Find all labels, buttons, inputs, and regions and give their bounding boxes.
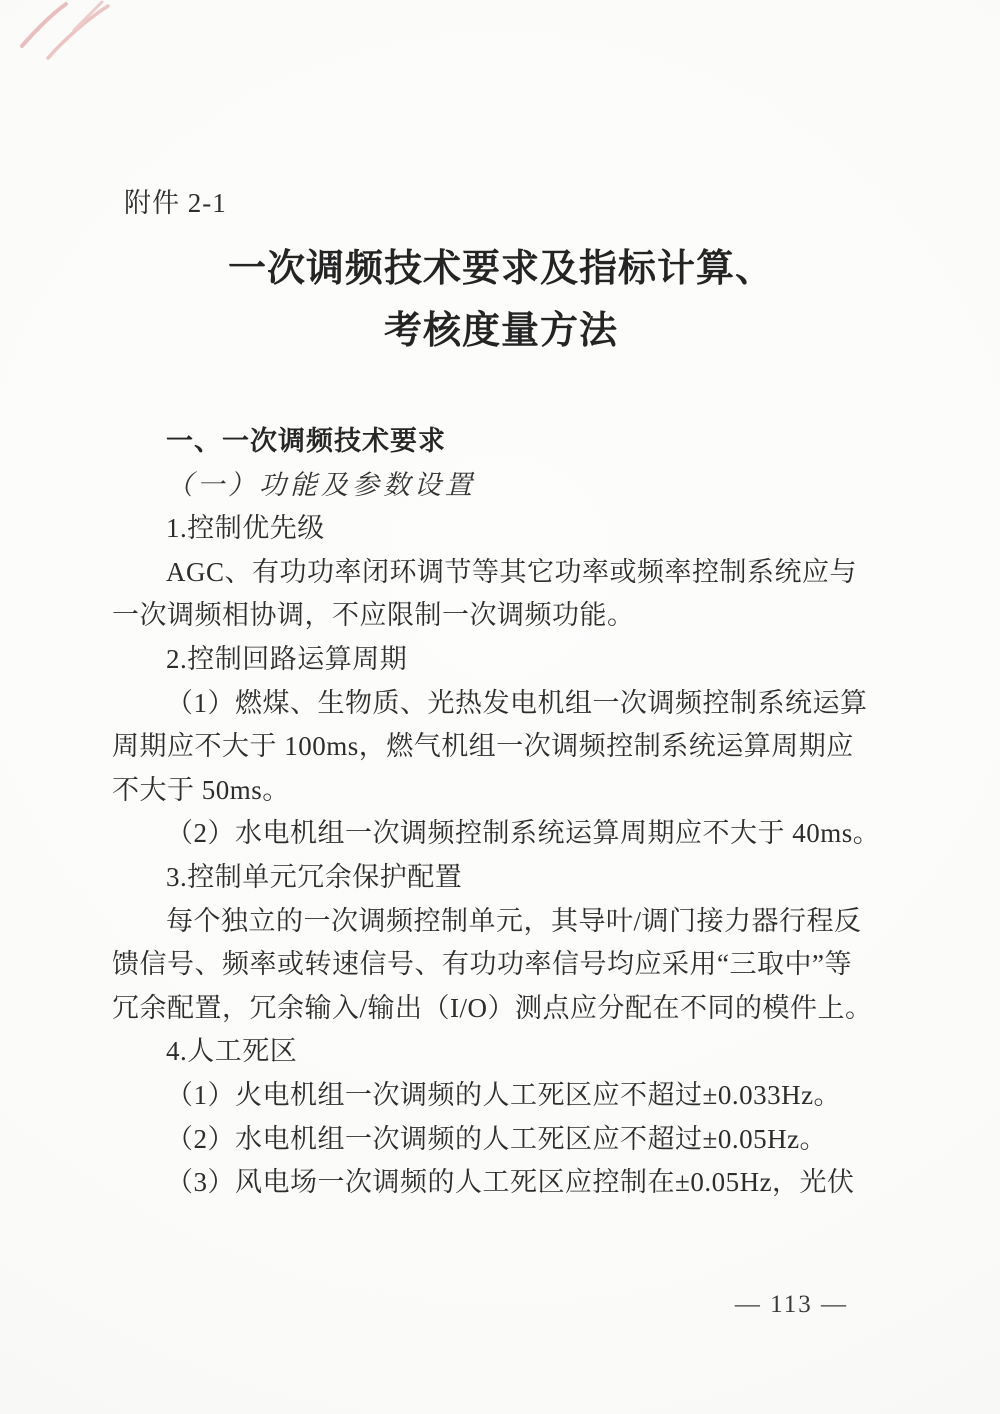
text-line: 不大于 50ms。 bbox=[112, 769, 902, 813]
text-line: 2.控制回路运算周期 bbox=[112, 638, 902, 682]
text-line: （1）火电机组一次调频的人工死区应不超过±0.033Hz。 bbox=[112, 1074, 902, 1118]
text-line: 3.控制单元冗余保护配置 bbox=[112, 856, 902, 900]
text-line: （2）水电机组一次调频的人工死区应不超过±0.05Hz。 bbox=[112, 1118, 902, 1162]
text-line: 馈信号、频率或转速信号、有功功率信号均应采用“三取中”等 bbox=[112, 943, 902, 987]
page-number: — 113 — bbox=[735, 1288, 848, 1322]
title-line-1: 一次调频技术要求及指标计算、 bbox=[112, 238, 890, 300]
attachment-label: 附件 2-1 bbox=[124, 186, 227, 220]
document-title: 一次调频技术要求及指标计算、 考核度量方法 bbox=[112, 238, 890, 362]
document-page: 附件 2-1 一次调频技术要求及指标计算、 考核度量方法 一、一次调频技术要求（… bbox=[0, 0, 1000, 1414]
text-line: 1.控制优先级 bbox=[112, 507, 902, 551]
text-line: （1）燃煤、生物质、光热发电机组一次调频控制系统运算 bbox=[112, 682, 902, 726]
text-line: 一次调频相协调，不应限制一次调频功能。 bbox=[112, 594, 902, 638]
text-line: 4.人工死区 bbox=[112, 1030, 902, 1074]
text-line: （2）水电机组一次调频控制系统运算周期应不大于 40ms。 bbox=[112, 812, 902, 856]
text-line: 冗余配置，冗余输入/输出（I/O）测点应分配在不同的模件上。 bbox=[112, 987, 902, 1031]
text-line: 周期应不大于 100ms，燃气机组一次调频控制系统运算周期应 bbox=[112, 725, 902, 769]
text-line: AGC、有功功率闭环调节等其它功率或频率控制系统应与 bbox=[112, 551, 902, 595]
text-line: （一）功能及参数设置 bbox=[112, 464, 902, 508]
document-body: 一、一次调频技术要求（一）功能及参数设置1.控制优先级AGC、有功功率闭环调节等… bbox=[112, 420, 902, 1205]
red-pen-mark-icon bbox=[14, 0, 124, 70]
title-line-2: 考核度量方法 bbox=[112, 300, 890, 362]
text-line: （3）风电场一次调频的人工死区应控制在±0.05Hz，光伏 bbox=[112, 1161, 902, 1205]
text-line: 一、一次调频技术要求 bbox=[112, 420, 902, 464]
text-line: 每个独立的一次调频控制单元，其导叶/调门接力器行程反 bbox=[112, 900, 902, 944]
